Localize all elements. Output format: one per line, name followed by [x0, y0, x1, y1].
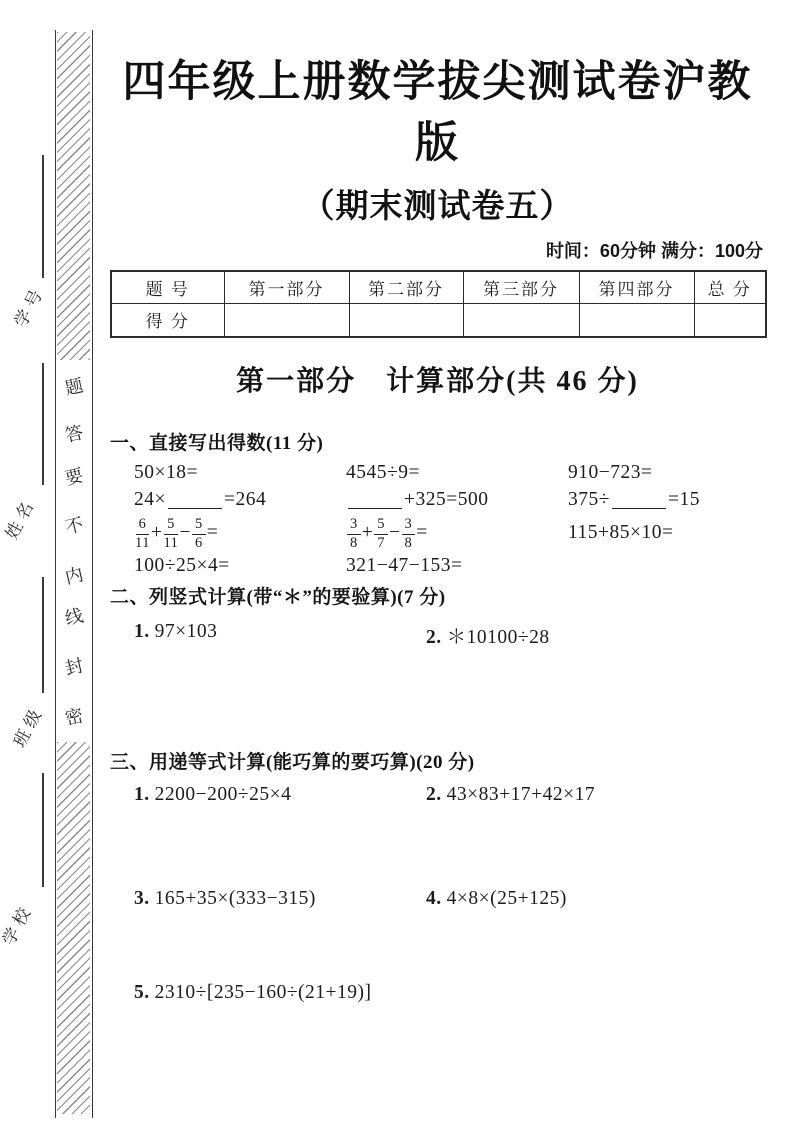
question2-heading: 二、列竖式计算(带“＊”的要验算)(7 分): [110, 582, 765, 609]
item-expression: ＊10100÷28: [447, 627, 550, 648]
seal-char: 要: [54, 459, 95, 492]
score-cell-part-1: [224, 303, 349, 337]
exercise-item: 2.43×83+17+42×17: [426, 784, 765, 806]
equation-text: 50×18=: [134, 462, 198, 484]
equation-text: 100÷25×4=: [134, 555, 230, 577]
equation-text: 24×: [134, 489, 166, 511]
fraction-denominator: 7: [377, 535, 385, 552]
time-score-info: 时间：60分钟 满分：100分: [110, 237, 765, 263]
question1-equations: 50×18=4545÷9=910−723=24×=264+325=500375÷…: [110, 461, 765, 578]
seal-char: 密: [54, 699, 95, 732]
seal-char: 线: [54, 599, 95, 632]
class-line: [42, 577, 44, 693]
header-part-1: 第一部分: [224, 271, 349, 303]
equation: 100÷25×4=: [134, 554, 346, 578]
equation-text: 321−47−153=: [346, 555, 463, 577]
equation-text: −: [389, 522, 401, 544]
item-expression: 2200−200÷25×4: [155, 784, 292, 805]
score-cell-part-2: [349, 303, 463, 337]
equation: 115+85×10=: [568, 521, 765, 545]
exercise-item: 4.4×8×(25+125): [426, 888, 765, 910]
equation-text: =: [416, 522, 428, 544]
paper-content: 四年级上册数学拔尖测试卷沪教版 （期末测试卷五） 时间：60分钟 满分：100分…: [110, 0, 765, 1004]
equation: +325=500: [346, 488, 568, 512]
answer-blank-line: [612, 494, 666, 509]
item-number: 2.: [426, 627, 442, 648]
score-cell-part-4: [579, 303, 694, 337]
school-line: [42, 773, 44, 887]
exercise-item: 1.2200−200÷25×4: [134, 784, 426, 806]
question2-items: 1.97×1032.＊10100÷28: [110, 621, 765, 649]
fraction: 57: [374, 517, 388, 551]
item-number: 5.: [134, 982, 150, 1003]
fraction-denominator: 11: [163, 535, 178, 552]
seal-char: 内: [54, 558, 95, 591]
equation-text: −: [179, 522, 191, 544]
item-number: 3.: [134, 888, 150, 909]
item-number: 1.: [134, 784, 150, 805]
fraction: 56: [192, 517, 206, 551]
fraction: 38: [402, 517, 416, 551]
score-cell-total: [694, 303, 766, 337]
fraction-numerator: 3: [347, 517, 361, 535]
answer-blank-line: [168, 494, 222, 509]
equation: [568, 554, 765, 578]
equation-row: 100÷25×4=321−47−153=: [134, 554, 765, 578]
fraction-numerator: 3: [402, 517, 416, 535]
school-label: 学校: [0, 898, 37, 949]
item-number: 4.: [426, 888, 442, 909]
equation: 4545÷9=: [346, 461, 568, 485]
header-total: 总 分: [694, 271, 766, 303]
test-paper-page: 学号 姓名 班级 学校 题答要不内线封密 四年级上册数学拔尖测试卷沪教版 （期末…: [0, 0, 793, 1122]
fraction-numerator: 6: [136, 517, 150, 535]
hatch-pattern-top: [57, 32, 90, 360]
fraction-numerator: 5: [192, 517, 206, 535]
equation: 24×=264: [134, 488, 346, 512]
equation: 50×18=: [134, 461, 346, 485]
exercise-row: 3.165+35×(333−315)4.4×8×(25+125): [110, 888, 765, 910]
equation: 910−723=: [568, 461, 765, 485]
score-table: 题 号 第一部分 第二部分 第三部分 第四部分 总 分 得 分: [110, 270, 767, 338]
score-cell-part-3: [463, 303, 579, 337]
header-part-4: 第四部分: [579, 271, 694, 303]
fraction-denominator: 8: [350, 535, 358, 552]
fraction-numerator: 5: [164, 517, 178, 535]
item-number: 1.: [134, 621, 150, 642]
equation-text: 375÷: [568, 489, 610, 511]
equation-text: =15: [668, 489, 700, 511]
equation-text: 4545÷9=: [346, 462, 420, 484]
equation-row: 611+511−56=38+57−38=115+85×10=: [134, 515, 765, 551]
item-expression: 97×103: [155, 621, 218, 642]
seal-strip: 题答要不内线封密: [55, 30, 93, 1118]
student-number-line: [42, 155, 44, 278]
equation: 611+511−56=: [134, 515, 346, 551]
question3-items: 1.2200−200÷25×42.43×83+17+42×173.165+35×…: [110, 784, 765, 1004]
equation-row: 24×=264+325=500375÷=15: [134, 488, 765, 512]
header-question-number: 题 号: [111, 271, 224, 303]
equation: 38+57−38=: [346, 515, 568, 551]
fraction-numerator: 5: [374, 517, 388, 535]
seal-char: 题: [54, 369, 95, 402]
header-part-2: 第二部分: [349, 271, 463, 303]
exercise-item: 3.165+35×(333−315): [134, 888, 426, 910]
fraction: 611: [135, 517, 150, 551]
seal-char: 封: [54, 649, 95, 682]
item-expression: 4×8×(25+125): [447, 888, 567, 909]
seal-char: 答: [54, 416, 95, 449]
page-title: 四年级上册数学拔尖测试卷沪教版: [110, 48, 765, 170]
equation-text: +: [362, 522, 374, 544]
seal-char: 不: [54, 508, 95, 541]
part1-heading: 第一部分 计算部分(共 46 分): [110, 359, 765, 399]
exercise-item: 1.97×103: [134, 621, 426, 649]
equation-text: 115+85×10=: [568, 522, 674, 544]
name-label: 姓名: [0, 492, 40, 543]
score-table-score-row: 得 分: [111, 303, 766, 337]
equation-text: +: [151, 522, 163, 544]
equation-text: +325=500: [404, 489, 489, 511]
equation: 375÷=15: [568, 488, 765, 512]
score-label: 得 分: [111, 303, 224, 337]
score-table-header-row: 题 号 第一部分 第二部分 第三部分 第四部分 总 分: [111, 271, 766, 303]
equation-text: =: [207, 522, 219, 544]
question1-heading: 一、直接写出得数(11 分): [110, 428, 765, 455]
page-subtitle: （期末测试卷五）: [110, 180, 765, 227]
fraction-denominator: 6: [195, 535, 203, 552]
fraction-denominator: 8: [405, 535, 413, 552]
header-part-3: 第三部分: [463, 271, 579, 303]
fraction: 38: [347, 517, 361, 551]
answer-blank-line: [348, 494, 402, 509]
fraction: 511: [163, 517, 178, 551]
item-number: 2.: [426, 784, 442, 805]
equation: 321−47−153=: [346, 554, 568, 578]
item-expression: 43×83+17+42×17: [447, 784, 596, 805]
equation-text: 910−723=: [568, 462, 653, 484]
hatch-pattern-bottom: [57, 742, 90, 1114]
exercise-row: 5.2310÷[235−160÷(21+19)]: [110, 982, 765, 1004]
class-label: 班级: [6, 700, 49, 751]
exercise-item: 5.2310÷[235−160÷(21+19)]: [134, 982, 426, 1004]
item-expression: 2310÷[235−160÷(21+19)]: [155, 982, 372, 1003]
exercise-item: 2.＊10100÷28: [426, 621, 765, 649]
name-line: [42, 363, 44, 485]
item-expression: 165+35×(333−315): [155, 888, 316, 909]
student-number-label: 学号: [7, 280, 50, 331]
equation-text: =264: [224, 489, 266, 511]
question3-heading: 三、用递等式计算(能巧算的要巧算)(20 分): [110, 747, 765, 774]
exercise-row: 1.2200−200÷25×42.43×83+17+42×17: [110, 784, 765, 806]
equation-row: 50×18=4545÷9=910−723=: [134, 461, 765, 485]
fraction-denominator: 11: [135, 535, 150, 552]
